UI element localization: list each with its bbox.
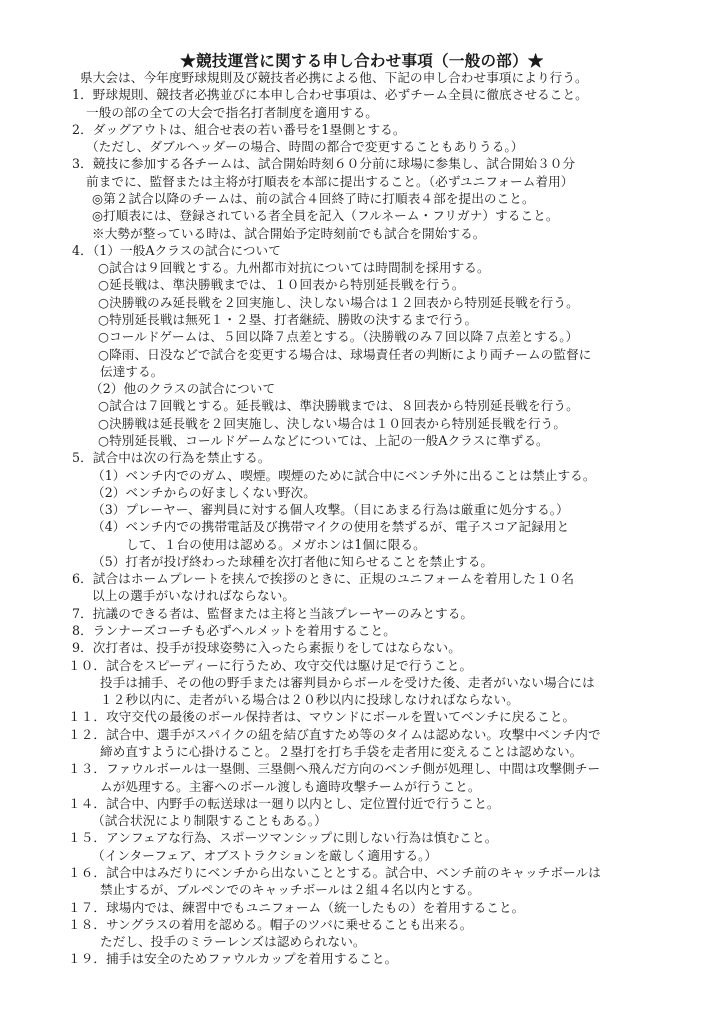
rule-line: （2）ベンチからの好ましくない野次。 [92,485,316,501]
rule-line: １５．アンフェアな行為、スポーツマンシップに則しない行為は慎むこと。 [68,830,497,846]
rule-line: ○決勝戦のみ延長戦を２回実施し、決しない場合は１２回表から特別延長戦を行う。 [98,295,579,311]
document-title: ★競技運営に関する申し合わせ事項（一般の部）★ [0,49,724,71]
document-page: ★競技運営に関する申し合わせ事項（一般の部）★ 県大会は、今年度野球規則及び競技… [0,0,724,1024]
rule-line: （インターフェア、オブストラクションを厳しく適用する。） [92,848,437,864]
rule-line: 以上の選手がいなければならない。 [92,588,295,604]
rule-line: ただし、投手のミラーレンズは認められない。 [100,934,366,950]
rule-line: 8．ランナーズコーチも必ずヘルメットを着用すること。 [72,623,396,639]
rule-line: （2）他のクラスの試合について [90,381,275,397]
rule-line: １３．ファウルボールは一塁側、三塁側へ飛んだ方向のベンチ側が処理し、中間は攻撃側… [68,761,600,777]
rule-line: ◎打順表には、登録されている者全員を記入（フルネーム・フリガナ）すること。 [92,208,559,224]
rule-line: １０．試合をスピーディーに行うため、攻守交代は駆け足で行うこと。 [68,658,472,674]
rule-line: 前までに、監督または主将が打順表を本部に提出すること。（必ずユニフォーム着用） [86,174,574,190]
rule-line: ○降雨、日没などで試合を変更する場合は、球場責任者の判断により両チームの監督に [98,347,591,363]
rule-line: 県大会は、今年度野球規則及び競技者必携による他、下記の申し合わせ事項により行う。 [80,70,588,86]
rule-line: 3．競技に参加する各チームは、試合開始時刻６０分前に球場に参集し、試合開始３０分 [72,156,575,172]
rule-line: １９．捕手は安全のためファウルカップを着用すること。 [68,951,397,967]
rule-line: して、１台の使用は認める。メガホンは1個に限る。 [126,537,426,553]
rule-line: 1．野球規則、競技者必携並びに本申し合わせ事項は、必ずチーム全員に徹底させること… [72,87,588,103]
rule-line: ○試合は９回戦とする。九州都市対抗については時間制を採用する。 [98,260,490,276]
rule-line: ※大勢が整っている時は、試合開始予定時刻前でも試合を開始する。 [92,226,486,242]
rule-line: １４．試合中、内野手の転送球は一廻り以内とし、定位置付近で行うこと。 [68,796,500,812]
rule-line: １６．試合中はみだりにベンチから出ないこととする。試合中、ベンチ前のキャッチボー… [68,865,601,881]
rule-line: （3）プレーヤー、審判員に対する個人攻撃。（目にあまる行為は厳重に処分する。） [92,502,569,518]
rule-line: 締め直すように心掛けること。２塁打を打ち手袋を走者用に変えることは認めない。 [100,744,582,760]
rule-line: ムが処理する。主審へのボール渡しも適時攻撃チームが行うこと。 [100,779,481,795]
rule-line: 禁止するが、ブルペンでのキャッチボールは２組４名以内とする。 [100,882,480,898]
rule-line: （4）ベンチ内での携帯電話及び携帯マイクの使用を禁ずるが、電子スコア記録用と [92,519,569,535]
rule-line: ○決勝戦は延長戦を２回実施し、決しない場合は１０回表から特別延長戦を行う。 [98,416,566,432]
rule-line: １８．サングラスの着用を認める。帽子のツバに乗せることも出来る。 [68,917,472,933]
rule-line: （試合状況により制限することもある。） [92,813,327,829]
rule-line: 6．試合はホームプレートを挟んで挨拶のときに、正規のユニフォームを着用した１０名 [72,571,574,587]
rule-line: １１．攻守交代の最後のボール保持者は、マウンドにボールを置いてベンチに戻ること。 [68,709,575,725]
rule-line: 7．抗議のできる者は、監督または主将と当該プレーヤーのみとする。 [72,606,473,622]
rule-line: ○試合は７回戦とする。延長戦は、準決勝戦までは、８回表から特別延長戦を行う。 [98,398,579,414]
rule-line: （5）打者が投げ終わった球種を次打者他に知らせることを禁止する。 [92,554,493,570]
rule-line: 4．（1）一般Aクラスの試合について [72,243,281,259]
rule-line: 5．試合中は次の行為を禁止する。 [72,450,271,466]
rule-line: 9．次打者は、投手が投球姿勢に入ったら素振りをしてはならない。 [72,640,461,656]
rule-line: 投手は捕手、その他の野手または審判員からボールを受けた後、走者がいない場合には [100,675,595,691]
rule-line: １２秒以内に、走者がいる場合は２０秒以内に投球しなければならない。 [100,692,519,708]
rule-line: ○特別延長戦、コールドゲームなどについては、上記の一般Aクラスに準ずる。 [98,433,549,449]
rule-line: １２．試合中、選手がスパイクの紐を結び直すため等のタイムは認めない。攻撃中ベンチ… [68,727,601,743]
rule-line: ○延長戦は、準決勝戦までは、１０回表から特別延長戦を行う。 [98,277,465,293]
rule-line: （1）ベンチ内でのガム、喫煙。喫煙のために試合中にベンチ外に出ることは禁止する。 [92,468,596,484]
rule-line: 2．ダッグアウトは、組合せ表の若い番号を1塁側とする。 [72,122,406,138]
rule-line: ○特別延長戦は無死１・２塁、打者継続、勝敗の決するまで行う。 [98,312,477,328]
rule-line: 伝達する。 [100,364,163,380]
rule-line: （ただし、ダブルヘッダーの場合、時間の都合で変更することもありうる。） [86,139,523,155]
rule-line: ○コールドゲームは、５回以降７点差とする。（決勝戦のみ７回以降７点差とする。） [98,329,578,345]
rule-line: ◎第２試合以降のチームは、前の試合４回終了時に打順表４部を提出のこと。 [92,191,535,207]
rule-line: １７．球場内では、練習中でもユニフォーム（統一したもの）を着用すること。 [68,900,524,916]
rule-line: 一般の部の全ての大会で指名打者制度を適用する。 [86,105,378,121]
